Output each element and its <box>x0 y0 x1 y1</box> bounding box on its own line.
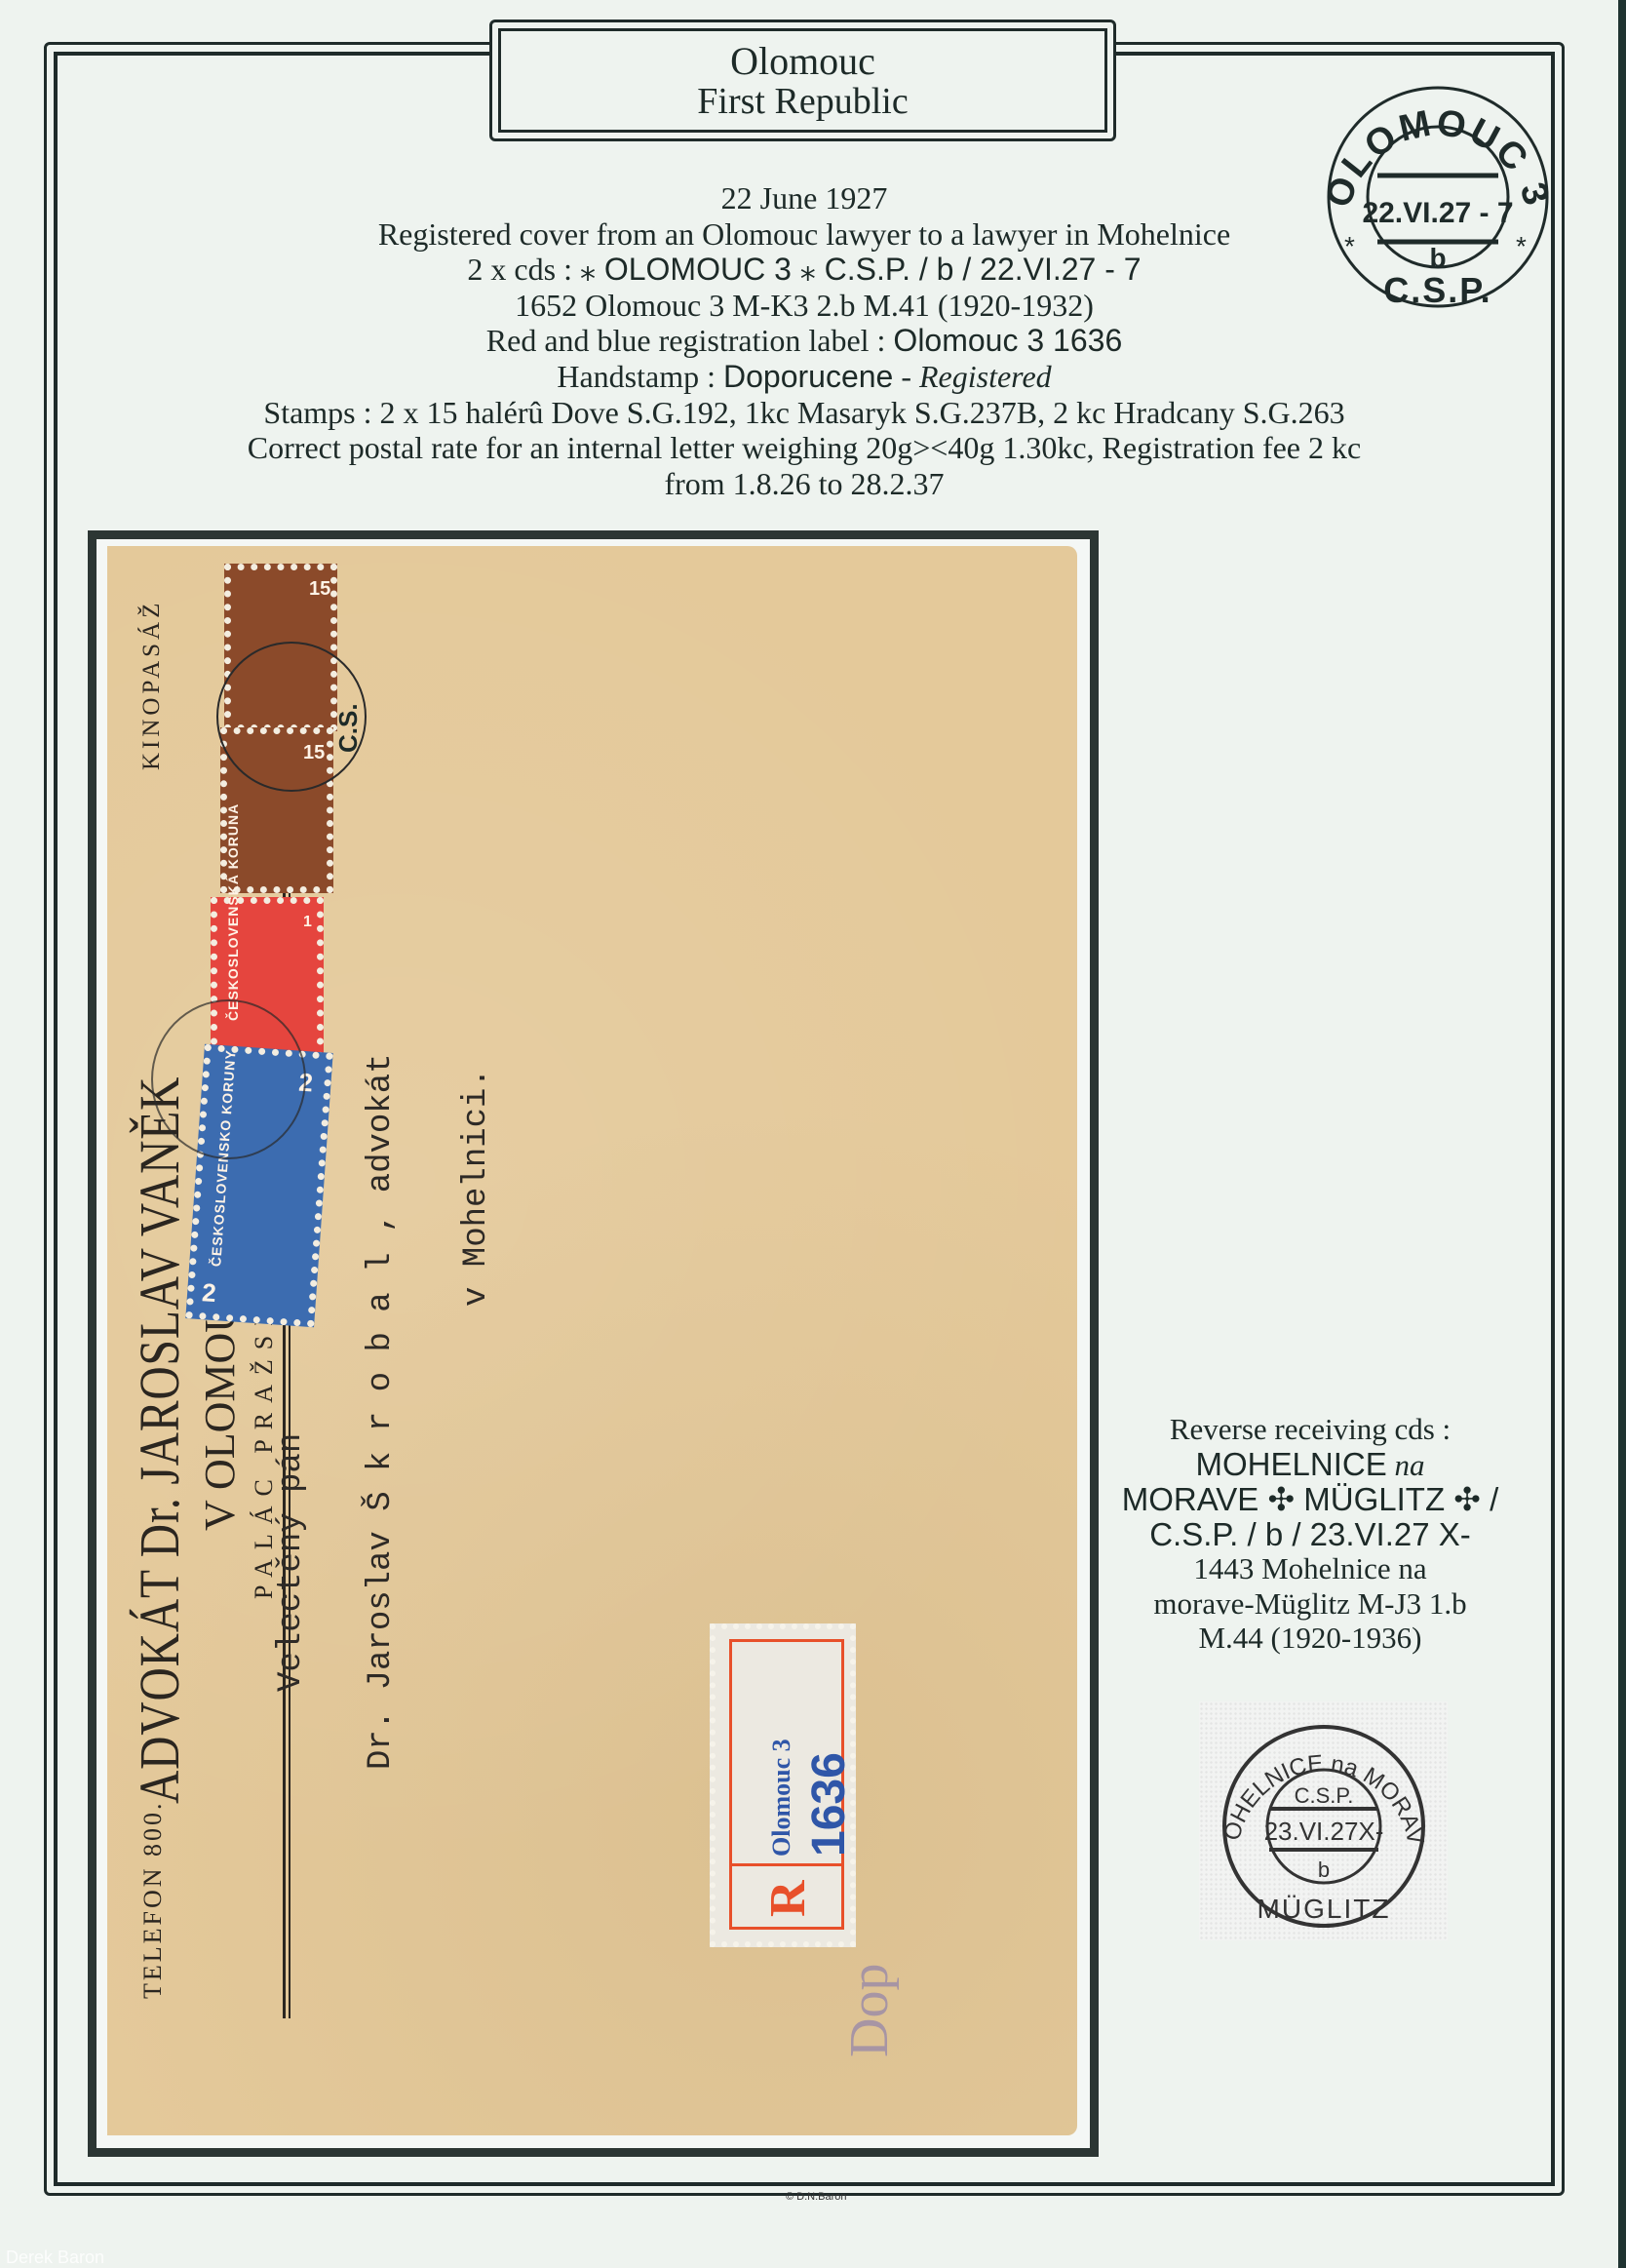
reverse-line2: MORAVE ✣ MÜGLITZ ✣ / <box>1092 1482 1529 1517</box>
registration-office: Olomouc 3 <box>767 1739 796 1857</box>
reverse-heading: Reverse receiving cds : <box>1092 1412 1529 1447</box>
watermark: Derek Baron <box>6 2248 104 2268</box>
svg-text:b: b <box>1318 1857 1330 1882</box>
handstamp-text: Doporucene <box>723 359 893 394</box>
copyright: © D.N.Baron <box>786 2191 847 2203</box>
description-handstamp: Handstamp : Doporucene - Registered <box>93 359 1516 395</box>
cancel-text: C.S. <box>333 703 364 753</box>
svg-text:23.VI.27X-: 23.VI.27X- <box>1264 1817 1384 1846</box>
description-label: Red and blue registration label : Olomou… <box>93 323 1516 359</box>
registration-number: 1636 <box>802 1752 856 1857</box>
scan-edge <box>1618 0 1626 2268</box>
cds-text: ⁎ OLOMOUC 3 ⁎ C.S.P. / b / 22.VI.27 - 7 <box>580 252 1142 287</box>
description-cds: 2 x cds : ⁎ OLOMOUC 3 ⁎ C.S.P. / b / 22.… <box>93 252 1516 288</box>
title-box: Olomouc First Republic <box>489 20 1116 141</box>
description-date: 22 June 1927 <box>93 180 1516 216</box>
handstamp-translation: Registered <box>919 359 1052 394</box>
cancel-olomouc-2 <box>151 999 306 1159</box>
mohelnice-postmark: MOHELNICE na MORAVE C.S.P. 23.VI.27X- b … <box>1199 1701 1448 1940</box>
reverse-line5: morave-Müglitz M-J3 1.b <box>1092 1586 1529 1622</box>
description-period: from 1.8.26 to 28.2.37 <box>93 466 1516 502</box>
description-stamps: Stamps : 2 x 15 halérû Dove S.G.192, 1kc… <box>93 395 1516 431</box>
doporucene-handstamp: Dop <box>838 1964 901 2057</box>
reverse-description: Reverse receiving cds : MOHELNICE na MOR… <box>1092 1412 1529 1656</box>
receiving-cds-image: MOHELNICE na MORAVE C.S.P. 23.VI.27X- b … <box>1199 1701 1448 1940</box>
cover-description: 22 June 1927 Registered cover from an Ol… <box>93 180 1516 501</box>
reverse-line4: 1443 Mohelnice na <box>1092 1551 1529 1586</box>
reverse-line6: M.44 (1920-1936) <box>1092 1621 1529 1656</box>
postmark-star-right: * <box>1516 231 1527 261</box>
address-town: v Mohelnici. <box>458 1068 495 1307</box>
description-catalogue: 1652 Olomouc 3 M-K3 2.b M.41 (1920-1932) <box>93 288 1516 324</box>
envelope: ADVOKÁT Dr. JAROSLAV VANĚK V OLOMOUCI PA… <box>107 546 1077 2135</box>
svg-text:MÜGLITZ: MÜGLITZ <box>1258 1894 1391 1924</box>
reverse-line1: MOHELNICE na <box>1092 1447 1529 1483</box>
letterhead-name: ADVOKÁT Dr. JAROSLAV VANĚK <box>127 1076 192 1804</box>
registration-label: Olomouc 3 1636 R <box>710 1623 856 1947</box>
svg-text:C.S.P.: C.S.P. <box>1295 1783 1354 1808</box>
address-name: Dr. Jaroslav Š k r o b a l , advokát <box>363 1053 400 1770</box>
reverse-line3: C.S.P. / b / 23.VI.27 X- <box>1092 1517 1529 1552</box>
label-text: Olomouc 3 1636 <box>893 323 1122 358</box>
description-summary: Registered cover from an Olomouc lawyer … <box>93 216 1516 253</box>
registration-r-box: R <box>732 1863 841 1927</box>
letterhead-telephone: TELEFON 800. <box>138 1800 168 1999</box>
letterhead-kinopasaz: KINOPASÁŽ <box>138 600 166 770</box>
page-title: Olomouc <box>501 41 1104 82</box>
address-salutation: Velectěný pán <box>273 1433 310 1692</box>
page-subtitle: First Republic <box>501 82 1104 121</box>
description-rate: Correct postal rate for an internal lett… <box>93 430 1516 466</box>
